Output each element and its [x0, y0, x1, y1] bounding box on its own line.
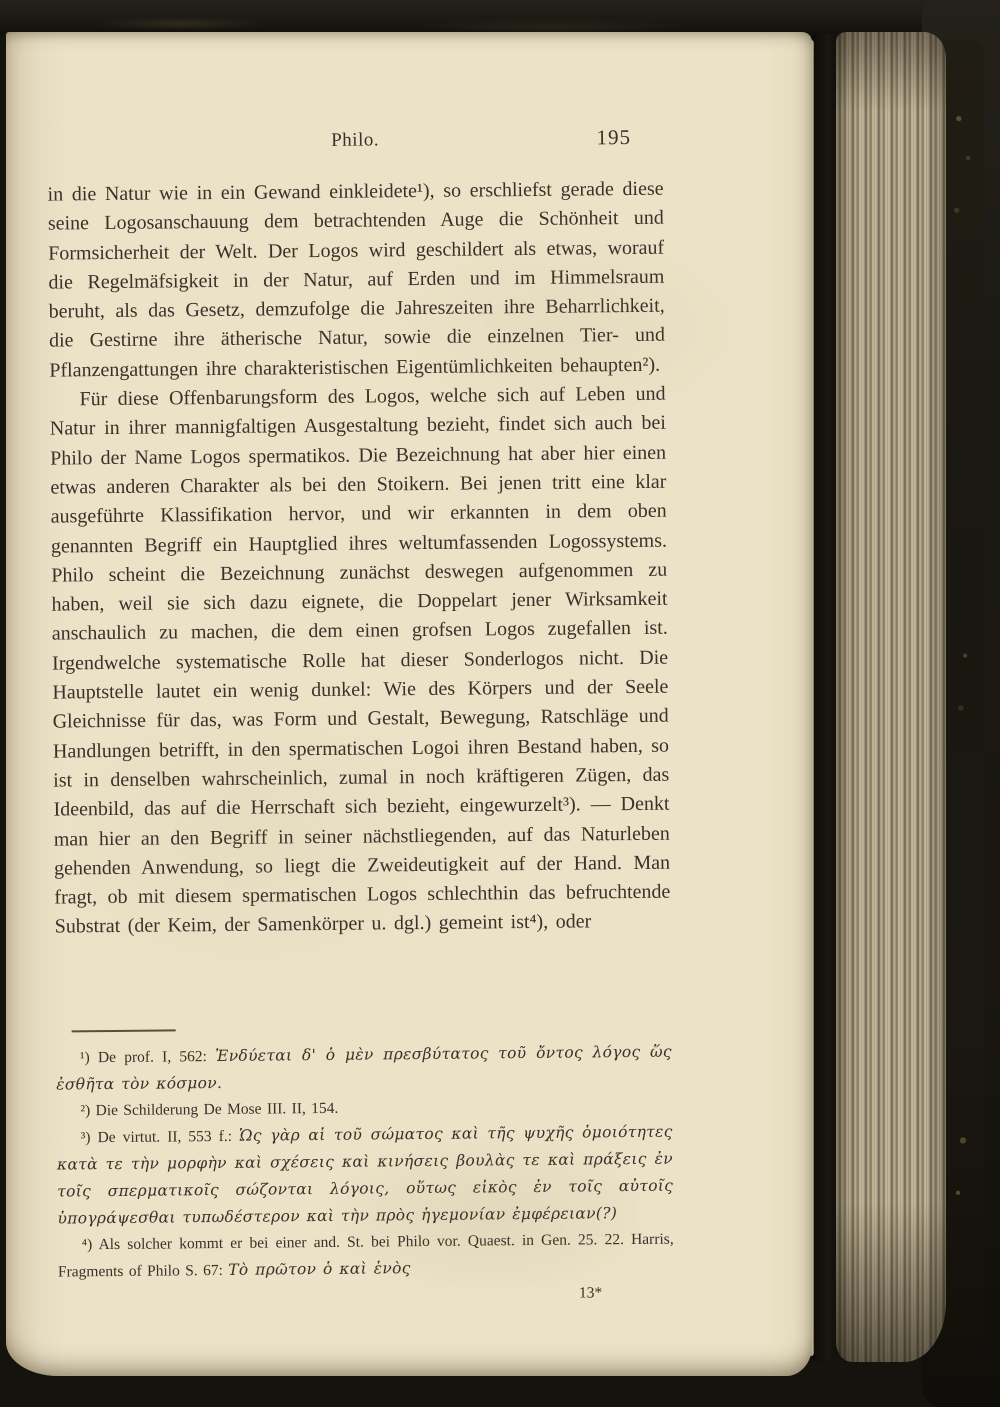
footnotes-list: ¹) De prof. I, 562: Ἐνδύεται δ' ὁ μὲν πρ… [56, 1039, 675, 1312]
footnote-greek-text: Τὸ πρῶτον ὁ καὶ ἑνὸς [228, 1259, 411, 1279]
book-fore-edge-pages [836, 32, 946, 1362]
paragraph: Für diese Offenbarungsform des Logos, we… [49, 380, 670, 943]
page-number: 195 [596, 125, 631, 150]
footnote-text: ¹) De prof. I, 562: [80, 1048, 215, 1066]
running-head: Philo. 195 [47, 127, 663, 163]
footnote: ³) De virtut. II, 553 f.: Ὡς γὰρ αἱ τοῦ … [57, 1119, 674, 1233]
running-head-title: Philo. [47, 127, 663, 155]
footnote-text: ³) De virtut. II, 553 f.: [81, 1128, 240, 1147]
footnote-separator-rule [72, 1029, 176, 1032]
footnote: ¹) De prof. I, 562: Ἐνδύεται δ' ὁ μὲν πρ… [56, 1039, 672, 1099]
paragraph: in die Natur wie in ein Gewand einkleide… [47, 175, 665, 386]
body-text: in die Natur wie in ein Gewand einkleide… [47, 175, 670, 943]
footnote-text: ²) Die Schilderung De Mose III. II, 154. [80, 1100, 338, 1119]
page-content: Philo. 195 in die Natur wie in ein Gewan… [46, 27, 675, 1377]
scanned-book-page: Philo. 195 in die Natur wie in ein Gewan… [6, 32, 812, 1376]
footnote: ⁴) Als solcher kommt er bei einer and. S… [58, 1227, 674, 1286]
book-cover-inner-strip [942, 40, 984, 1350]
